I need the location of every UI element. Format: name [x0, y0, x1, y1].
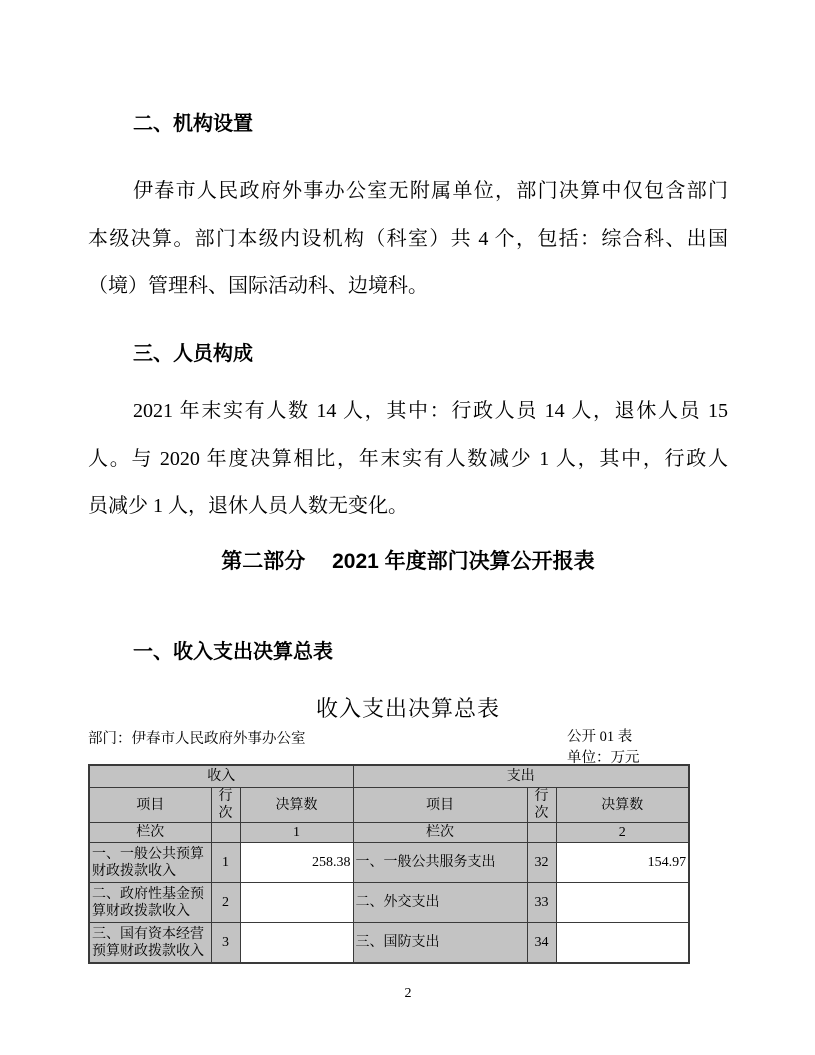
paragraph-line: （境）管理科、国际活动科、边境科。 — [88, 263, 728, 311]
paragraph-line: 本级决算。部门本级内设机构（科室）共 4 个，包括：综合科、出国 — [88, 216, 728, 264]
table-index-row: 栏次 1 栏次 2 — [89, 823, 689, 843]
paragraph-line: 伊春市人民政府外事办公室无附属单位，部门决算中仅包含部门 — [88, 168, 728, 216]
table-title: 收入支出决算总表 — [88, 696, 728, 722]
expense-line-cell: 32 — [527, 843, 556, 883]
income-lineno-header: 行次 — [211, 788, 240, 823]
income-amount-cell — [240, 923, 353, 964]
section-heading-personnel: 三、人员构成 — [133, 342, 253, 366]
expense-item-cell: 三、国防支出 — [353, 923, 527, 964]
expense-item-header: 项目 — [353, 788, 527, 823]
expense-line-cell: 34 — [527, 923, 556, 964]
expense-amount-header: 决算数 — [556, 788, 689, 823]
table-row: 一、一般公共预算财政拨款收入 1 258.38 一、一般公共服务支出 32 15… — [89, 843, 689, 883]
organization-paragraph: 伊春市人民政府外事办公室无附属单位，部门决算中仅包含部门 本级决算。部门本级内设… — [88, 168, 728, 311]
income-item-cell: 二、政府性基金预算财政拨款收入 — [89, 883, 211, 923]
income-index-blank — [211, 823, 240, 843]
income-index-label: 栏次 — [89, 823, 211, 843]
income-expense-table: 收入 支出 项目 行次 决算数 项目 行次 决算数 栏次 1 栏次 2 一、一般… — [88, 764, 690, 964]
expense-amount-cell — [556, 923, 689, 964]
income-amount-cell: 258.38 — [240, 843, 353, 883]
table-column-header-row: 项目 行次 决算数 项目 行次 决算数 — [89, 788, 689, 823]
income-line-cell: 2 — [211, 883, 240, 923]
part2-title: 第二部分 2021 年度部门决算公开报表 — [88, 549, 728, 574]
table-section-heading: 一、收入支出决算总表 — [133, 640, 333, 664]
table-row: 三、国有资本经营预算财政拨款收入 3 三、国防支出 34 — [89, 923, 689, 964]
personnel-paragraph: 2021 年末实有人数 14 人，其中：行政人员 14 人，退休人员 15 人。… — [88, 388, 728, 531]
expense-index-blank — [527, 823, 556, 843]
income-group-header: 收入 — [89, 765, 353, 788]
document-page: { "colors": { "table_header_bg": "#c3c3c… — [0, 0, 815, 1055]
section-heading-organization: 二、机构设置 — [133, 112, 253, 136]
expense-index-label: 栏次 — [353, 823, 527, 843]
paragraph-line: 人。与 2020 年度决算相比，年末实有人数减少 1 人，其中，行政人 — [88, 436, 728, 484]
paragraph-line: 2021 年末实有人数 14 人，其中：行政人员 14 人，退休人员 15 — [88, 388, 728, 436]
income-item-header: 项目 — [89, 788, 211, 823]
income-amount-cell — [240, 883, 353, 923]
table-row: 二、政府性基金预算财政拨款收入 2 二、外交支出 33 — [89, 883, 689, 923]
department-label: 部门：伊春市人民政府外事办公室 — [88, 729, 306, 750]
table-group-header-row: 收入 支出 — [89, 765, 689, 788]
expense-item-cell: 二、外交支出 — [353, 883, 527, 923]
expense-line-cell: 33 — [527, 883, 556, 923]
income-line-cell: 3 — [211, 923, 240, 964]
expense-amount-cell — [556, 883, 689, 923]
sheet-meta: 公开 01 表 单位：万元 — [567, 727, 640, 769]
expense-lineno-header: 行次 — [527, 788, 556, 823]
income-item-cell: 三、国有资本经营预算财政拨款收入 — [89, 923, 211, 964]
expense-amount-cell: 154.97 — [556, 843, 689, 883]
income-amount-header: 决算数 — [240, 788, 353, 823]
sheet-label: 公开 01 表 — [567, 727, 640, 748]
expense-index-number: 2 — [556, 823, 689, 843]
expense-group-header: 支出 — [353, 765, 689, 788]
paragraph-line: 员减少 1 人，退休人员人数无变化。 — [88, 483, 728, 531]
page-number: 2 — [88, 986, 728, 1002]
income-index-number: 1 — [240, 823, 353, 843]
expense-item-cell: 一、一般公共服务支出 — [353, 843, 527, 883]
income-item-cell: 一、一般公共预算财政拨款收入 — [89, 843, 211, 883]
income-line-cell: 1 — [211, 843, 240, 883]
